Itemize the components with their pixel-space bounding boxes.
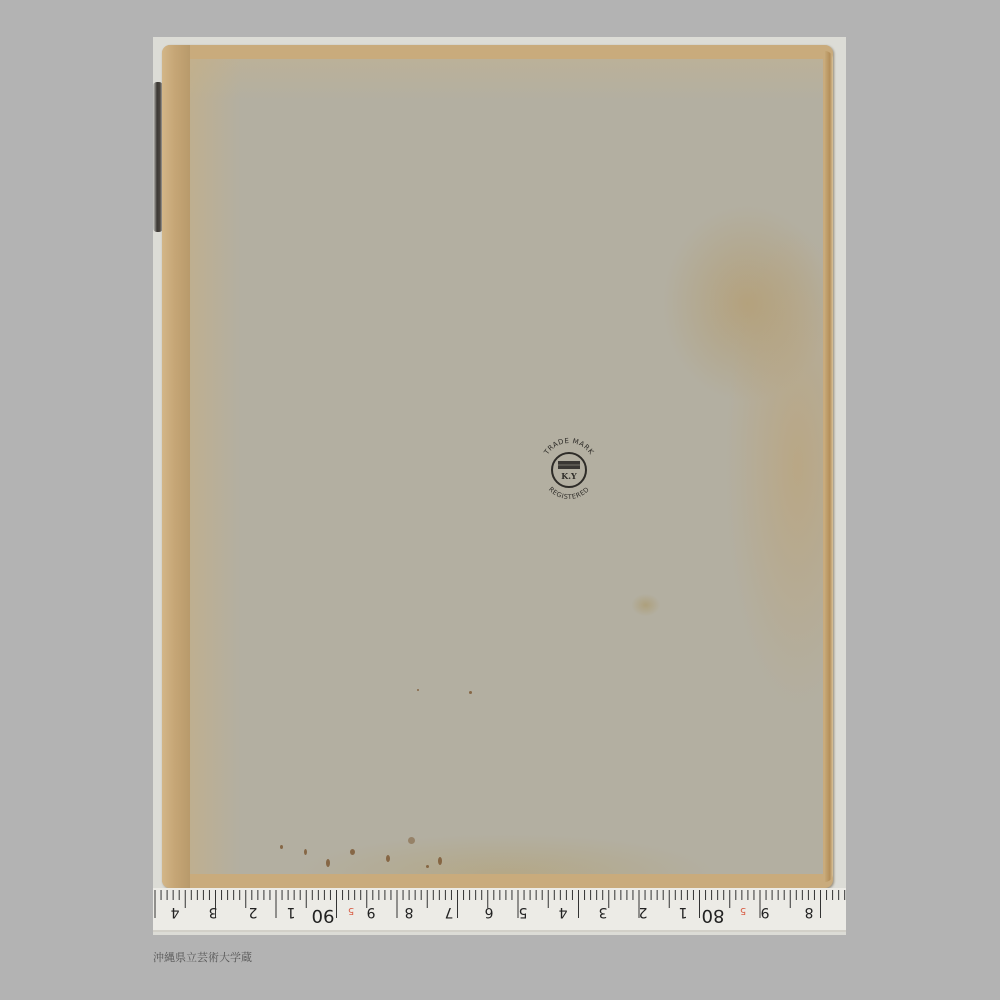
measuring-ruler: 432190598765432180598 bbox=[153, 888, 846, 932]
svg-text:6: 6 bbox=[484, 904, 493, 920]
svg-text:1: 1 bbox=[287, 904, 296, 920]
ky-trademark-icon: TRADE MARK K.Y REGISTERED bbox=[534, 432, 604, 502]
svg-text:2: 2 bbox=[639, 904, 648, 920]
svg-text:90: 90 bbox=[312, 905, 335, 926]
svg-text:5: 5 bbox=[348, 905, 354, 916]
cover-right-edge bbox=[825, 51, 833, 882]
collection-photo: TRADE MARK K.Y REGISTERED 43219059876543… bbox=[153, 37, 846, 935]
svg-text:9: 9 bbox=[761, 904, 770, 920]
notebook-cover: TRADE MARK K.Y REGISTERED bbox=[162, 45, 833, 888]
svg-text:4: 4 bbox=[558, 904, 567, 920]
svg-text:2: 2 bbox=[249, 904, 258, 920]
svg-text:80: 80 bbox=[702, 905, 725, 926]
trademark-stamp: TRADE MARK K.Y REGISTERED bbox=[534, 432, 604, 502]
svg-text:9: 9 bbox=[367, 904, 376, 920]
svg-text:K.Y: K.Y bbox=[561, 471, 577, 481]
svg-text:8: 8 bbox=[805, 904, 814, 920]
svg-text:5: 5 bbox=[740, 905, 746, 916]
svg-text:1: 1 bbox=[679, 904, 688, 920]
svg-text:TRADE MARK: TRADE MARK bbox=[542, 437, 595, 457]
cover-left-edge bbox=[162, 45, 190, 888]
ruler-scale: 432190598765432180598 bbox=[153, 888, 846, 930]
collection-credit-caption: 沖縄県立芸術大学蔵 bbox=[153, 949, 252, 965]
svg-text:4: 4 bbox=[170, 904, 179, 920]
svg-text:3: 3 bbox=[209, 904, 218, 920]
cover-face: TRADE MARK K.Y REGISTERED bbox=[190, 59, 823, 874]
svg-text:3: 3 bbox=[599, 904, 608, 920]
svg-text:8: 8 bbox=[405, 904, 414, 920]
svg-text:7: 7 bbox=[445, 904, 454, 920]
svg-text:5: 5 bbox=[519, 904, 528, 920]
